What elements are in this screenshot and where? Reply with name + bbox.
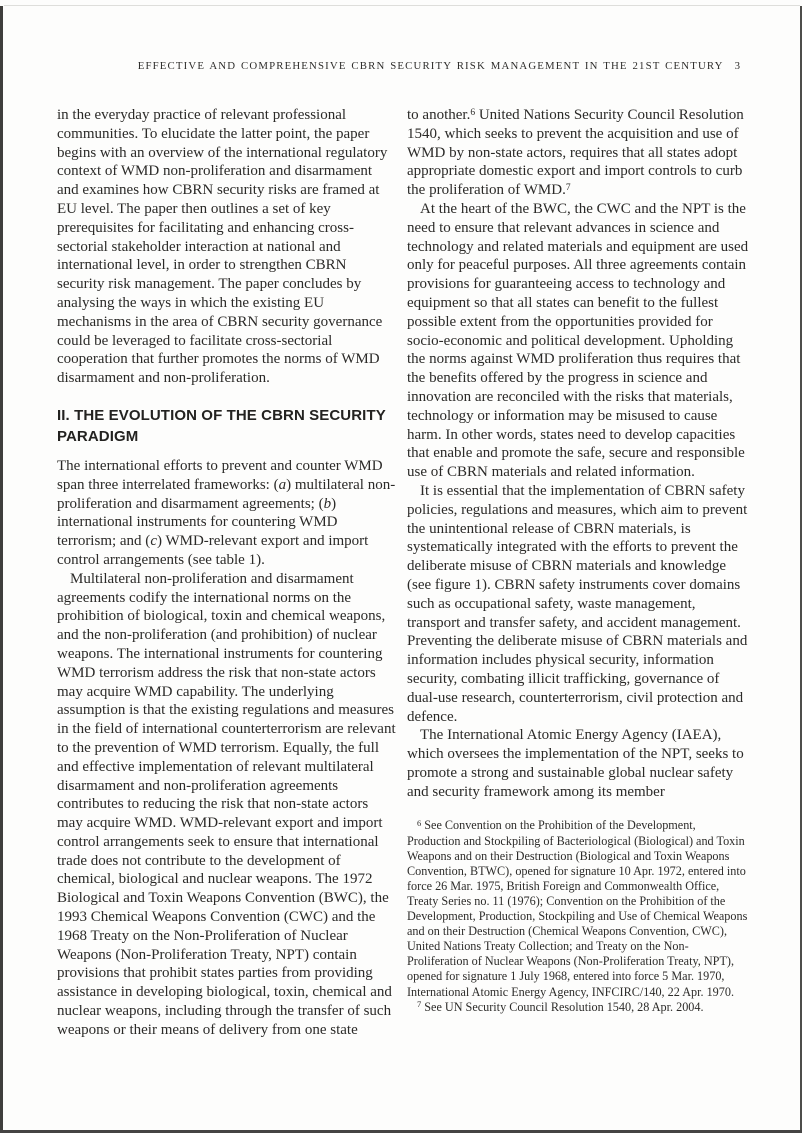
paragraph-unscr-1540: to another.6 United Nations Security Cou… (407, 106, 749, 200)
list-marker-a: a (279, 477, 287, 493)
page-number: 3 (735, 60, 740, 72)
list-marker-c: c (150, 533, 157, 549)
footnote-reference-6: 6 (470, 108, 475, 118)
left-column: in the everyday practice of relevant pro… (57, 106, 396, 1040)
paragraph-text: to another. (407, 107, 470, 123)
running-head: EFFECTIVE AND COMPREHENSIVE CBRN SECURIT… (57, 60, 740, 72)
footnote-marker-7: 7 (417, 999, 421, 1009)
section-heading: II. THE EVOLUTION OF THE CBRN SECURITY P… (57, 405, 396, 448)
footnote-6: 6See Convention on the Prohibition of th… (407, 818, 749, 999)
paragraph-frameworks: The international efforts to prevent and… (57, 457, 396, 570)
footnote-marker-6: 6 (417, 818, 421, 828)
paragraph-multilateral: Multilateral non-proliferation and disar… (57, 570, 396, 1040)
paragraph-intro: in the everyday practice of relevant pro… (57, 106, 396, 388)
list-marker-b: b (324, 496, 332, 512)
footnote-reference-7: 7 (566, 183, 571, 193)
paragraph-iaea: The International Atomic Energy Agency (… (407, 726, 749, 801)
footnote-7: 7See UN Security Council Resolution 1540… (407, 1000, 749, 1015)
paragraph-treaty-heart: At the heart of the BWC, the CWC and the… (407, 200, 749, 482)
footnote-text: See Convention on the Prohibition of the… (407, 818, 747, 998)
page-edge-top (4, 5, 800, 6)
running-head-text: EFFECTIVE AND COMPREHENSIVE CBRN SECURIT… (138, 60, 724, 72)
document-page: EFFECTIVE AND COMPREHENSIVE CBRN SECURIT… (0, 0, 802, 1133)
right-column: to another.6 United Nations Security Cou… (407, 106, 749, 1015)
footnotes-block: 6See Convention on the Prohibition of th… (407, 818, 749, 1014)
page-edge-left (0, 6, 3, 1133)
paragraph-cbrn-safety: It is essential that the implementation … (407, 482, 749, 726)
footnote-text: See UN Security Council Resolution 1540,… (424, 1000, 703, 1014)
